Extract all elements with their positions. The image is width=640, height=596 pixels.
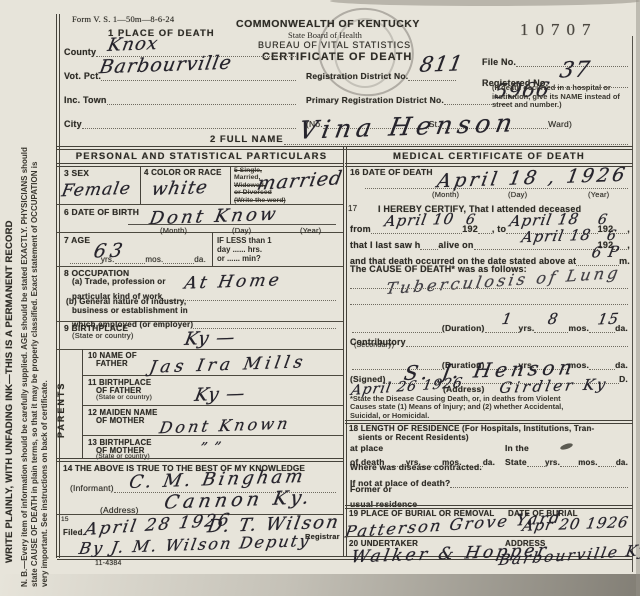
state-da-label: da. [616,458,628,467]
if-less-line2: day ...... hrs. [217,245,272,254]
cause-line2 [350,304,628,305]
contributory-dots [406,332,628,347]
scan-smudge-top [330,0,640,6]
registration-district-value: 811 [418,51,466,76]
inc-town-field: Inc. Town [64,90,296,105]
age-da-line [163,249,194,264]
vot-pct-label: Vot. Pct. [64,71,101,81]
state-mos-label: mos. [578,458,597,467]
header-board: State Board of Health [288,30,362,40]
primary-district-field: Primary Registration District No. [306,90,506,105]
scan-edge-right [636,0,640,596]
if-less-line1: IF LESS than 1 [217,236,272,245]
father-bp-hint: (State or country) [96,394,152,401]
last-saw-comma: , [627,240,630,250]
margin-note-nb-line1: N. B.—Every item of information should b… [20,147,29,587]
registered-no-value: 37 [558,57,593,83]
dob-label: 6 DATE OF BIRTH [64,207,139,217]
rule-column-divider [343,146,347,557]
dod-label: 16 DATE OF DEATH [350,167,433,177]
cause-footnote: *State the Disease Causing Death, or, in… [350,395,630,420]
last-saw-value: April 18 [520,226,593,246]
father-name-label2: FATHER [96,359,128,368]
parents-label: PARENTS [56,382,66,438]
state-yrs-label: yrs. [545,458,560,467]
rule-left-border [56,14,60,558]
from-label: from [350,224,371,234]
residence-label-line1: 18 LENGTH OF RESIDENCE (For Hospitals, I… [349,424,594,433]
certificate-number-stamp: 10707 [520,20,598,40]
occurred-time-value: 6 P [590,243,621,262]
residence-label-line2: sients or Recent Residents) [358,433,469,442]
to-label: , to [492,224,506,234]
burial-date-value: Apr 20 1926 [521,513,630,535]
scan-shadow-bottom [0,574,640,596]
filed-number: 15 [61,516,69,523]
attended-comma: , [627,224,630,234]
margin-note-write-plainly: WRITE PLAINLY, WITH UNFADING INK—THIS IS… [4,220,15,563]
form-code: 11-4384 [95,560,122,567]
rule-truth-top [57,458,343,462]
signed-address-label: (Address) [443,384,484,394]
from-year-dots [478,219,492,234]
medical-section-title: MEDICAL CERTIFICATE OF DEATH [346,151,632,162]
rule-burial-bottom [345,536,633,537]
dod-underline [365,188,628,189]
last-saw-h-dots [420,235,438,250]
last-saw-pre: that I last saw h [350,240,420,250]
occupation-b-line1: (b) General nature of industry, [66,297,186,306]
cause-line1 [350,288,628,289]
dod-year-hint: (Year) [588,190,609,199]
informant-label: (Informant) [70,483,114,493]
age-mos-line [115,249,146,264]
certify-number: 17 [348,204,357,213]
where-contracted-label: Where was disease contracted. [350,462,482,472]
residence-state-line: State yrs. mos. da. [505,452,628,467]
occupation-b-dots [193,314,336,329]
hospital-note: (If death occurred in a hospital or inst… [492,84,632,110]
rule-personal-title [57,163,343,167]
rule-parents-gutter [82,349,83,458]
duration-line: (Duration) yrs. mos. da. [352,318,628,333]
age-yrs-label: yrs. [101,255,115,264]
duration-da-value: 15 [596,310,620,329]
city-line [82,114,296,129]
rule-row-age-bottom [57,266,343,267]
race-label: 4 COLOR OR RACE [144,168,222,177]
file-no-field: File No. [482,52,628,67]
if-less-line3: or ...... min? [217,254,272,263]
filed-label: Filed [63,528,83,537]
secondary-label: (Secondary) [354,342,394,349]
ward-label: Ward) [548,119,572,129]
age-units-line: yrs. mos. da. [70,249,206,264]
sex-label: 3 SEX [64,168,89,178]
dob-day-hint: (Day) [232,226,251,235]
age-label: 7 AGE [64,235,90,245]
if-not-dots [450,473,628,488]
father-bp-value: Ky — [193,383,247,406]
rule-right-border [632,36,633,572]
occupation-a-line1: (a) Trade, profession or [72,277,166,286]
birthplace-hint: (State or country) [72,331,134,340]
attended-from-value: April 10 [383,210,456,230]
res-da-label: da. [483,458,495,467]
rule-cell-age [212,232,213,266]
county-label: County [64,47,96,57]
rule-cell-race-marital [230,166,231,204]
birthplace-value: Ky — [183,327,237,350]
personal-section-title: PERSONAL AND STATISTICAL PARTICULARS [62,151,341,162]
primary-district-label: Primary Registration District No. [306,95,444,105]
city-field: City [64,114,296,129]
state-yrs-dots [527,452,545,467]
occupation-a-value: At Home [183,270,284,293]
state-da-dots [598,452,616,467]
age-da-label: da. [194,255,206,264]
duration2-da-dots [589,355,615,370]
age-yrs-line [70,249,101,264]
rule-row-sex-bottom [57,204,343,205]
county-value: Knox [106,33,160,56]
former-or-label: Former or [350,484,392,494]
if-less-block: IF LESS than 1 day ...... hrs. or ......… [217,236,272,263]
inc-town-line [107,90,296,105]
race-value: white [150,177,210,200]
age-mos-label: mos. [145,255,163,264]
margin-note-binding: MARGIN RESERVED FOR BINDING [0,234,2,425]
dob-underline [128,224,336,225]
full-name-label: 2 FULL NAME [210,134,284,145]
marital-value: married [255,167,344,195]
duration-lead-dots [352,318,442,333]
form-number: Form V. S. 1—50m—8-6-24 [72,14,174,24]
state-label: State [505,457,527,467]
dod-day-hint: (Day) [508,190,527,199]
margin-note-nb-line3: very important. See instructions on back… [40,380,49,587]
sex-value: Female [60,179,133,201]
inc-town-label: Inc. Town [64,95,107,105]
ink-mark [560,442,574,451]
file-no-label: File No. [482,57,516,67]
mother-name-value: Dont Known [158,414,292,438]
footnote-line3: Suicidal, or Homicidal. [350,412,630,420]
alive-on-label: alive on [438,240,473,250]
state-mos-dots [560,452,578,467]
mother-bp-value: ” ” [199,440,224,457]
dob-year-hint: (Year) [300,226,321,235]
dob-month-hint: (Month) [160,226,187,235]
city-label: City [64,119,82,129]
rule-cell-sex-race [140,166,141,204]
father-name-value: Jas Ira Mills [148,352,309,377]
mother-name-label2: OF MOTHER [96,416,145,425]
death-certificate-scan: MARGIN RESERVED FOR BINDING WRITE PLAINL… [0,0,640,596]
header-commonwealth: COMMONWEALTH OF KENTUCKY [236,18,420,30]
margin-note-nb-line2: state CAUSE OF DEATH in plain terms, so … [30,162,39,587]
signed-suffix-label: D. [619,374,628,384]
registration-district-label: Registration District No. [306,71,408,81]
dod-month-hint: (Month) [432,190,459,199]
